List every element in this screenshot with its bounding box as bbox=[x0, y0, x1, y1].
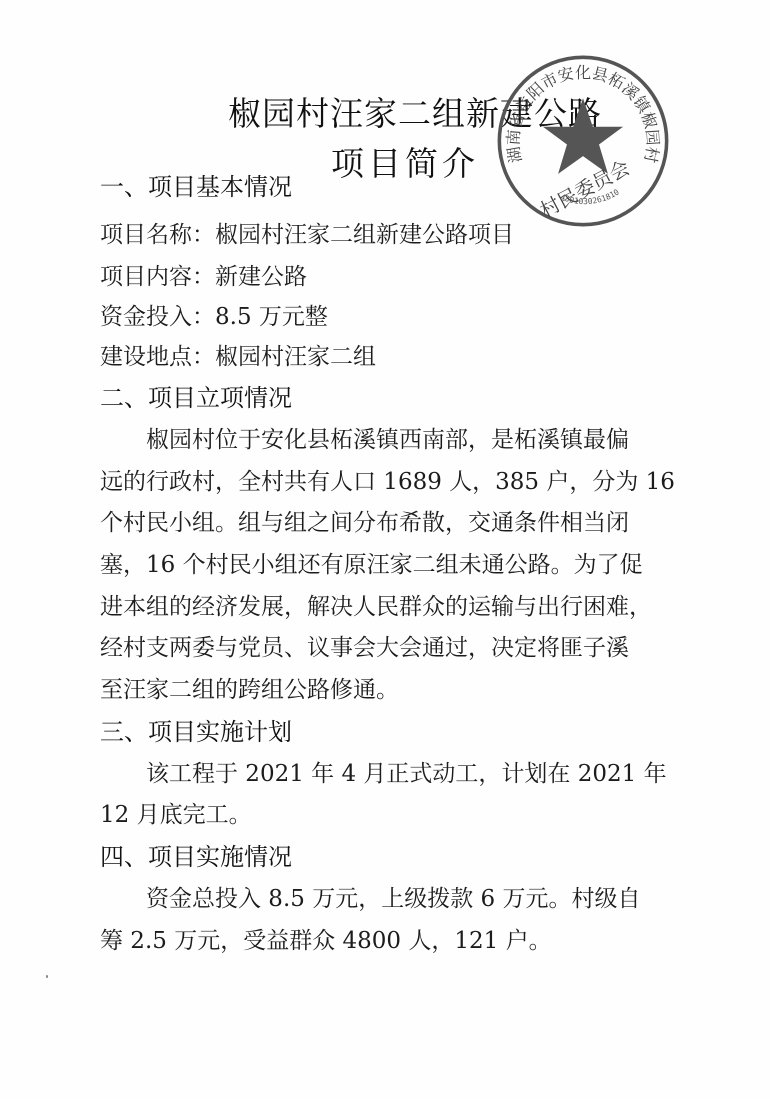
field-value: 8.5 万元整 bbox=[215, 304, 328, 330]
scan-speck bbox=[46, 975, 48, 978]
section-heading-basic-info: 一、项目基本情况 bbox=[100, 172, 292, 202]
paragraph-line: 进本组的经济发展，解决人民群众的运输与出行困难， bbox=[100, 592, 652, 622]
section-heading-approval: 二、项目立项情况 bbox=[100, 383, 292, 413]
field-location: 建设地点：椒园村汪家二组 bbox=[100, 342, 376, 372]
field-value: 椒园村汪家二组新建公路项目 bbox=[215, 222, 514, 248]
official-stamp: 湖南省益阳市安化县柘溪镇椒园村 村民委员会 4301030261810 bbox=[494, 52, 672, 230]
field-label: 项目名称： bbox=[100, 222, 215, 248]
document-page: 椒园村汪家二组新建公路 项目简介 一、项目基本情况 项目名称：椒园村汪家二组新建… bbox=[0, 0, 770, 1099]
stamp-inner-text: 村民委员会 bbox=[536, 156, 633, 222]
section-heading-plan: 三、项目实施计划 bbox=[100, 717, 292, 747]
field-value: 椒园村汪家二组 bbox=[215, 344, 376, 370]
paragraph-line: 至汪家二组的跨组公路修通。 bbox=[100, 675, 399, 705]
paragraph-line: 塞，16 个村民小组还有原汪家二组未通公路。为了促 bbox=[100, 550, 643, 580]
section-heading-implementation: 四、项目实施情况 bbox=[100, 842, 292, 872]
field-project-name: 项目名称：椒园村汪家二组新建公路项目 bbox=[100, 220, 514, 250]
paragraph-line: 资金总投入 8.5 万元，上级拨款 6 万元。村级自 bbox=[146, 884, 640, 914]
paragraph-line: 筹 2.5 万元，受益群众 4800 人，121 户。 bbox=[100, 926, 552, 956]
field-funding: 资金投入：8.5 万元整 bbox=[100, 302, 328, 332]
paragraph-line: 个村民小组。组与组之间分布希散，交通条件相当闭 bbox=[100, 508, 629, 538]
paragraph-line: 该工程于 2021 年 4 月正式动工，计划在 2021 年 bbox=[146, 759, 667, 789]
paragraph-line: 远的行政村，全村共有人口 1689 人，385 户，分为 16 bbox=[100, 467, 675, 497]
field-label: 项目内容： bbox=[100, 264, 215, 290]
field-label: 资金投入： bbox=[100, 304, 215, 330]
field-label: 建设地点： bbox=[100, 344, 215, 370]
field-value: 新建公路 bbox=[215, 264, 307, 290]
field-project-content: 项目内容：新建公路 bbox=[100, 262, 307, 292]
paragraph-line: 经村支两委与党员、议事会大会通过，决定将匪子溪 bbox=[100, 633, 629, 663]
paragraph-line: 椒园村位于安化县柘溪镇西南部，是柘溪镇最偏 bbox=[146, 425, 629, 455]
paragraph-line: 12 月底完工。 bbox=[100, 800, 252, 830]
